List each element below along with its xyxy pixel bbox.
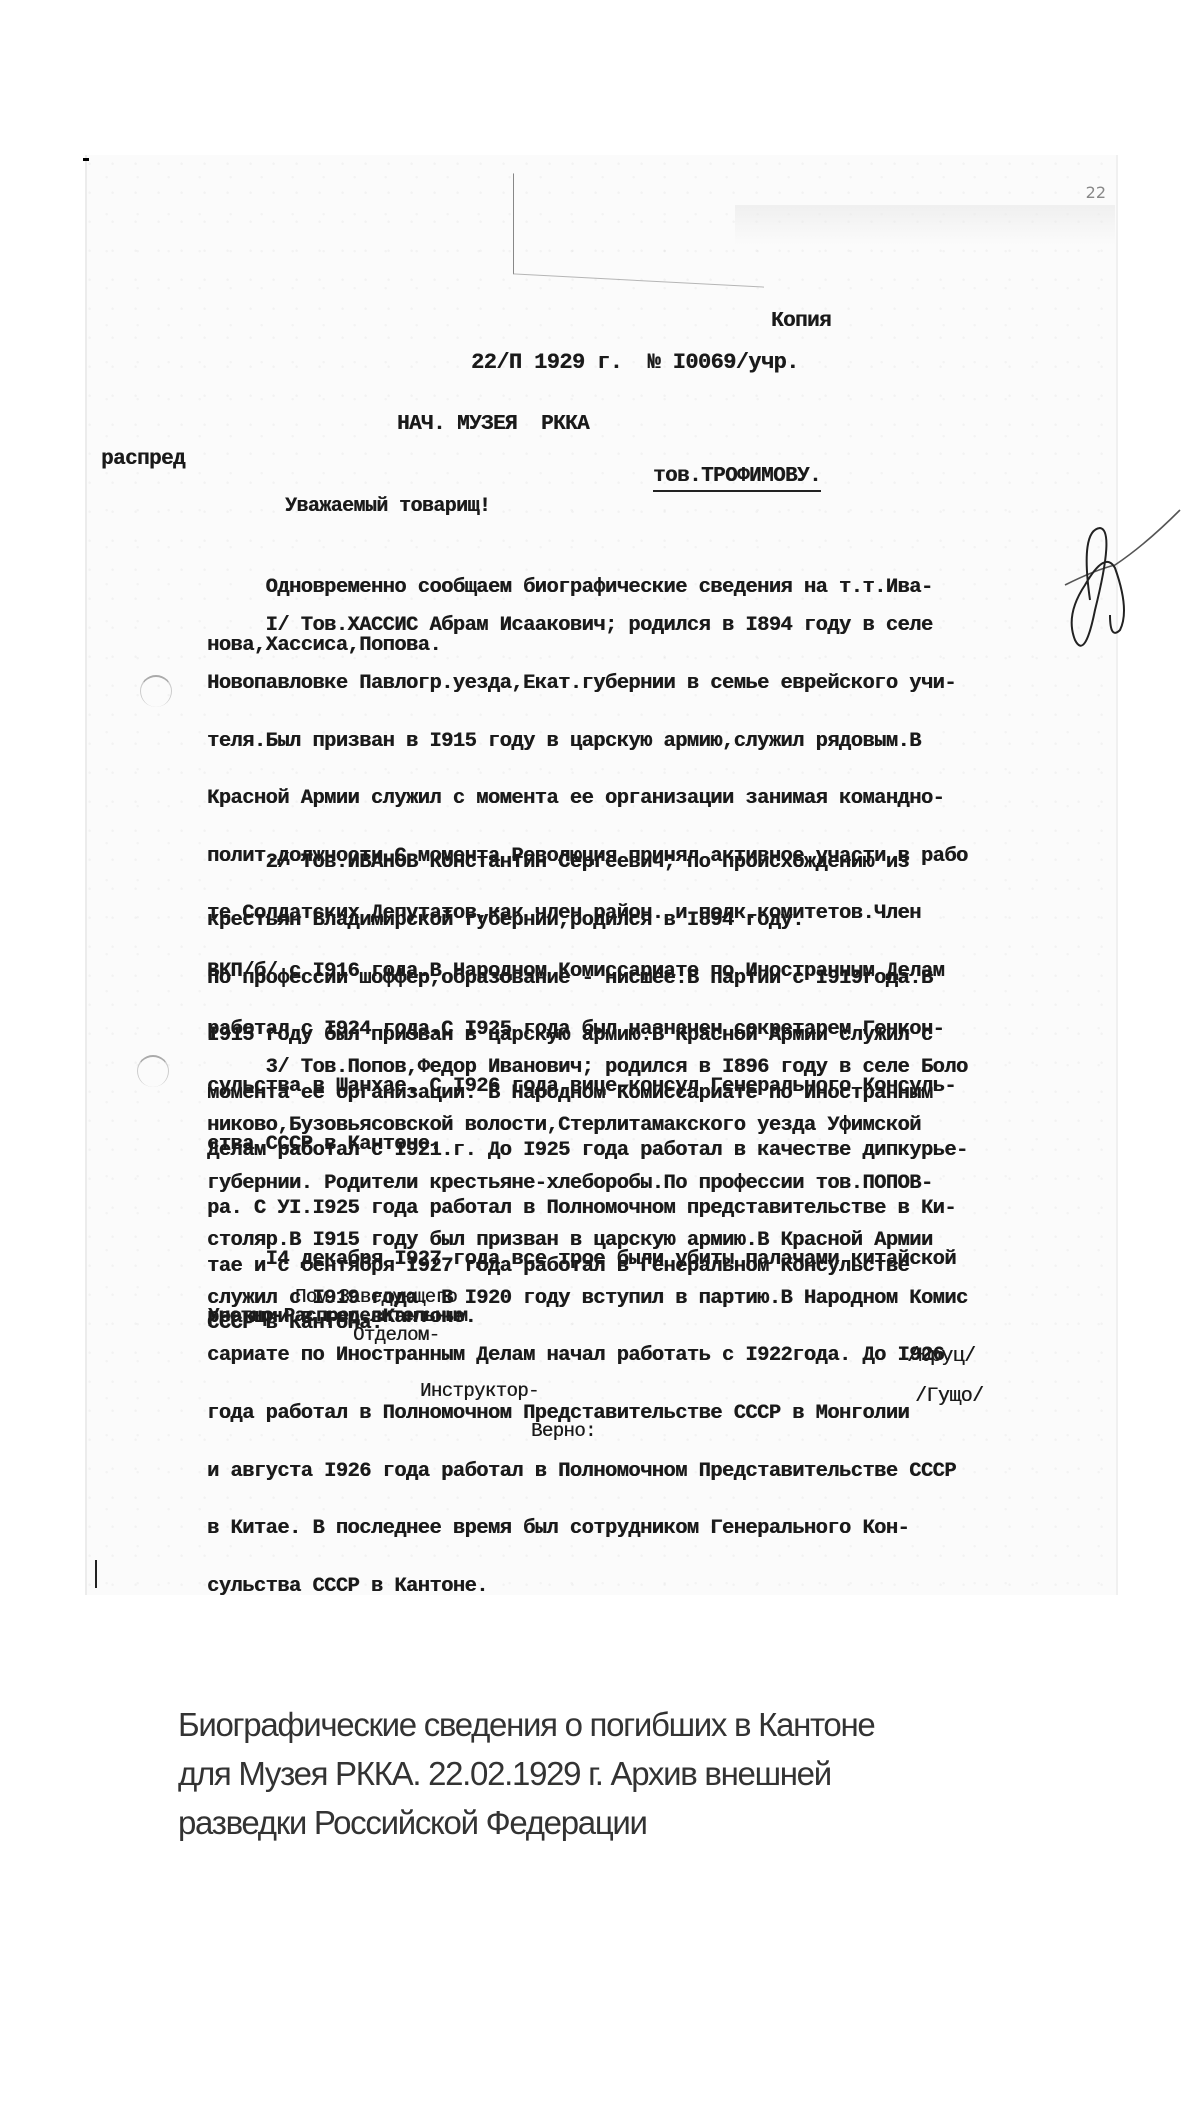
text-line: в Китае. В последнее время был сотрудник… [207,1519,968,1538]
text-line: Новопавловке Павлогр.уезда,Екат.губернии… [207,674,968,693]
copy-mark: Копия [771,310,831,333]
text-line: I/ Тов.ХАССИС Абрам Исаакович; родился в… [207,616,968,635]
hole-punch-mark [137,1055,169,1087]
text-line: сульства СССР в Кантоне. [207,1577,968,1596]
addressee-name-text: тов.ТРОФИМОВУ. [653,465,821,492]
text-line: крестьян Владимирской губернии,родился в… [207,911,968,930]
margin-note: распред [101,448,185,471]
scan-corner-mark [83,158,89,161]
document-date-number: 22/П 1929 г. № I0069/учр. [471,350,799,375]
signatory-name-gushcho: /Гущо/ [915,1385,983,1408]
hole-punch-mark [140,675,172,707]
text-line: губернии. Родители крестьяне-хлеборобы.П… [207,1174,968,1193]
handwritten-signature-icon [1035,490,1185,650]
scan-left-edge [85,155,87,1595]
text-line: 3/ Тов.Попов,Федор Иванович; родился в I… [207,1058,968,1077]
caption-line: для Музея РККА. 22.02.1929 г. Архив внеш… [178,1749,1078,1798]
instructor-label: Инструктор- [420,1380,539,1402]
caption-line: Биографические сведения о погибших в Кан… [178,1700,1078,1749]
addressee-title: НАЧ. МУЗЕЯ РККА [397,413,589,436]
verified-label: Верно: [531,1420,596,1442]
greeting: Уважаемый товарищ! [285,495,490,518]
stamp-outline [513,173,764,287]
text-line: I4 декабря I927 года все трое были убиты… [207,1250,956,1269]
text-line: По профессии шоффер,образование - нисшее… [207,969,968,988]
scan-right-edge [1116,155,1118,1595]
text-line: 2/ Тов.ИВАНОВ Константин Сергеевич; по п… [207,853,968,872]
archival-document-scan: 22 Копия 22/П 1929 г. № I0069/учр. НАЧ. … [85,155,1118,1595]
text-line: теля.Был призван в I915 году в царскую а… [207,732,968,751]
scan-shading [735,205,1115,245]
caption-line: разведки Российской Федерации [178,1798,1078,1847]
addressee-name: тов.ТРОФИМОВУ. [653,465,821,488]
archive-page-number: 22 [1086,183,1106,202]
text-line: никово,Бузовьясовской волости,Стерлитама… [207,1116,968,1135]
text-line: и августа I926 года работал в Полномочно… [207,1462,968,1481]
image-caption: Биографические сведения о погибших в Кан… [178,1700,1078,1847]
signatory-name-yuruts: /Юруц/ [907,1345,975,1368]
scan-edge-mark [95,1560,97,1588]
text-line: Красной Армии служил с момента ее органи… [207,789,968,808]
position-title-line3: Отделом- [353,1326,439,1345]
